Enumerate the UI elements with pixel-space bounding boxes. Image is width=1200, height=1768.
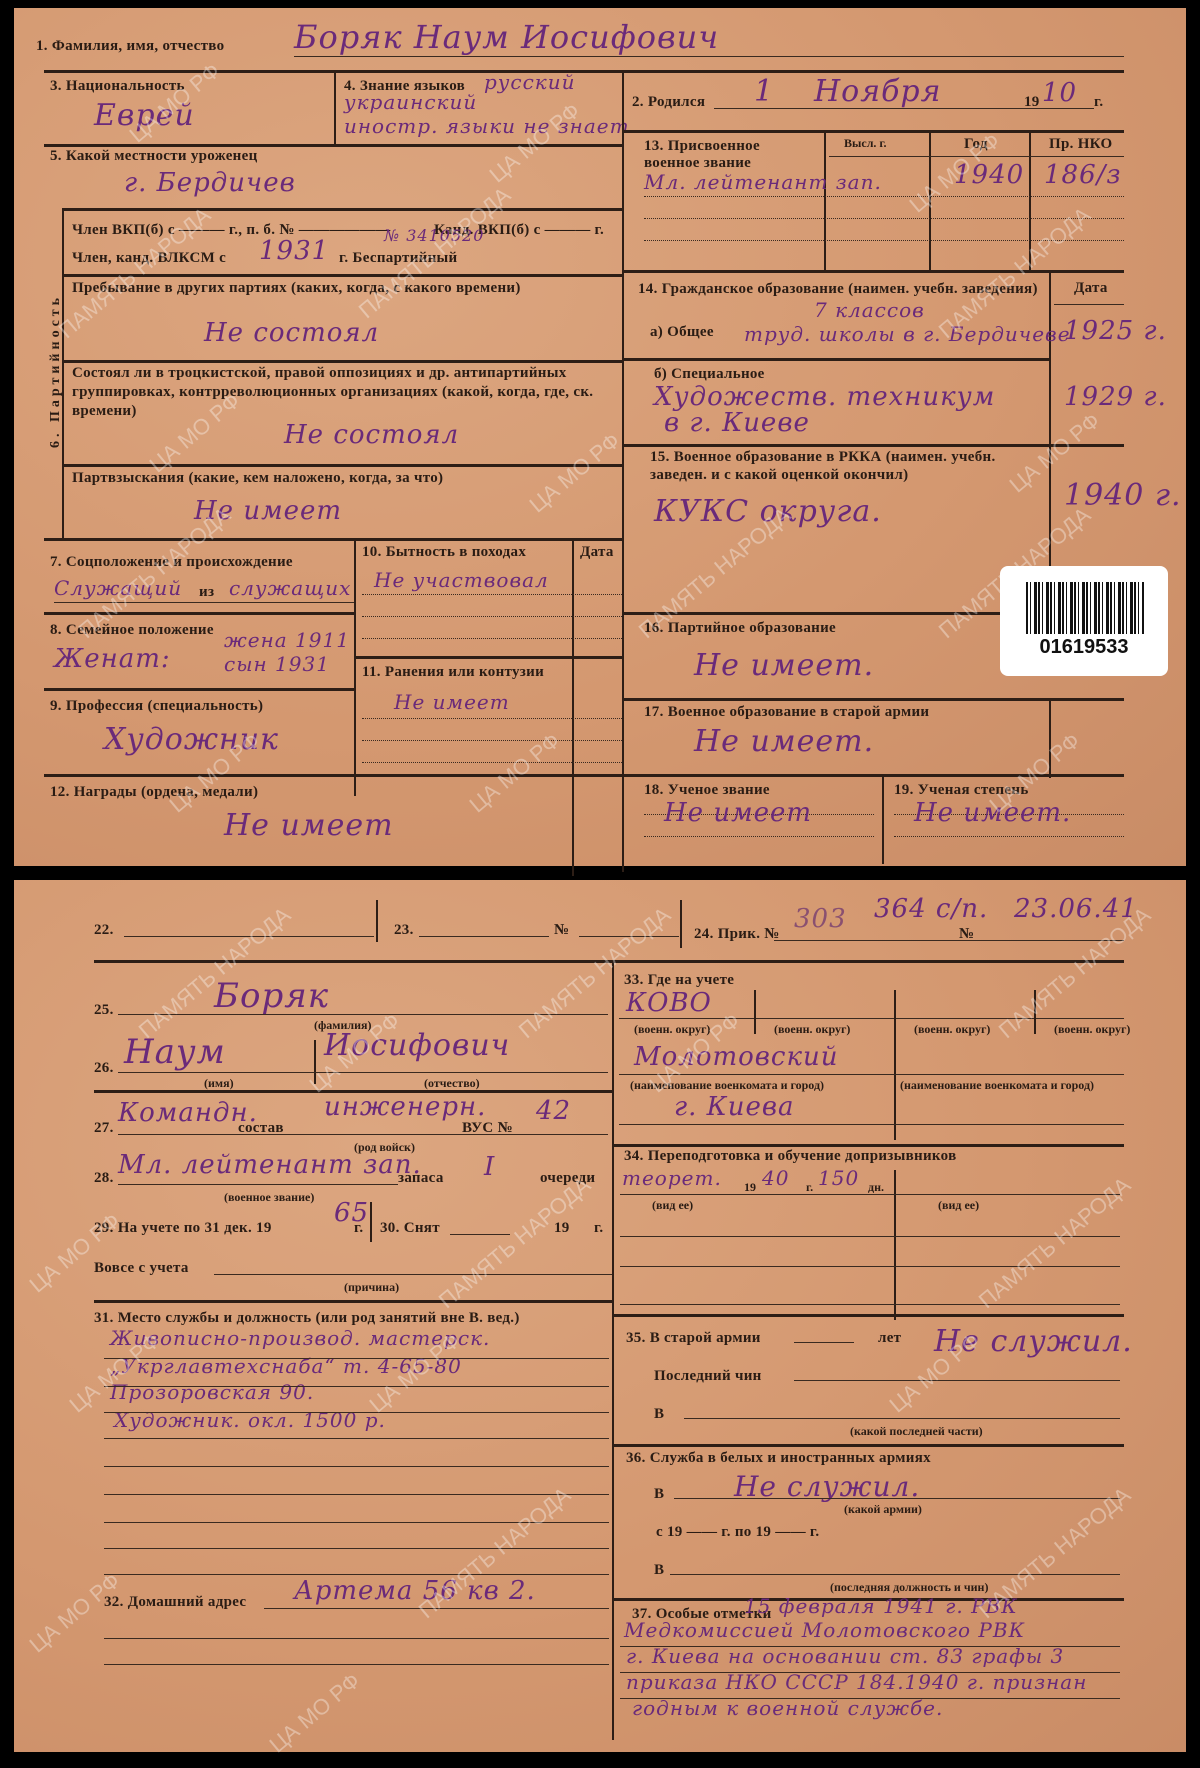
field-35-in-label: В	[654, 1406, 664, 1423]
field-8-wife: жена 1911	[224, 628, 350, 652]
field-7-value-1: Служащий	[54, 576, 182, 600]
field-29-year: 65	[334, 1198, 369, 1228]
field-31-label: 31. Место службы и должность (или род за…	[94, 1310, 520, 1327]
field-35-last-rank-label: Последний чин	[654, 1368, 762, 1385]
field-33-commissariat-caption-2: (наименование военкомата и город)	[900, 1078, 1094, 1093]
field-28-reserve: I	[484, 1152, 495, 1182]
field-25-label: 25.	[94, 1002, 114, 1019]
field-28-value: Мл. лейтенант зап.	[118, 1150, 422, 1180]
field-1-label: 1. Фамилия, имя, отчество	[36, 38, 224, 55]
field-34-year-unit: г.	[806, 1180, 813, 1195]
field-27-value: Командн.	[118, 1098, 258, 1128]
field-3-value: Еврей	[94, 98, 195, 133]
field-4-value-2: украинский	[344, 90, 477, 114]
field-11-label: 11. Ранения или контузии	[362, 664, 544, 681]
field-34-label: 34. Переподготовка и обучение допризывни…	[624, 1148, 956, 1165]
field-28-queue-label: очереди	[540, 1170, 595, 1187]
removed-caption: (причина)	[344, 1280, 399, 1295]
field-26-label: 26.	[94, 1060, 114, 1077]
birth-day: 1	[754, 74, 774, 109]
registration-card-back: 22. 23. № 24. Прик. № 303 364 с/п. 23.06…	[14, 880, 1186, 1752]
penalties-value: Не имеет	[194, 496, 342, 526]
field-16-label: 16. Партийное образование	[644, 620, 836, 637]
other-parties-value: Не состоял	[204, 318, 379, 348]
field-8-son: сын 1931	[224, 652, 330, 676]
field-30-year-prefix: 19	[554, 1220, 570, 1237]
komsomol-year: 1931	[259, 236, 329, 266]
field-33-label: 33. Где на учете	[624, 972, 734, 989]
field-27-branch: инженерн.	[324, 1092, 486, 1122]
penalties-label: Партвзыскания (какие, кем наложено, когд…	[72, 470, 443, 487]
field-37-line: Медкомиссией Молотовского РВК	[624, 1618, 1025, 1642]
field-35-years-label: лет	[878, 1330, 901, 1347]
nonparty-label: г. Беспартийный	[339, 250, 457, 267]
field-31-line: Прозоровская 90.	[110, 1380, 314, 1404]
field-13-col-year: Год	[964, 136, 988, 153]
field-24-value-1: 303	[794, 904, 847, 934]
field-15-label: 15. Военное образование в РККА (наимен. …	[650, 448, 1040, 484]
removed-label: Вовсе с учета	[94, 1260, 189, 1277]
field-33-district-caption-1: (военн. округ)	[634, 1022, 710, 1037]
field-15-value: КУКС округа.	[654, 494, 882, 529]
field-18-value: Не имеет	[664, 798, 812, 828]
field-13-col-vysl: Высл. г.	[844, 136, 887, 151]
field-35-unit-caption: (какой последней части)	[850, 1424, 983, 1439]
field-24-date: 23.06.41	[1014, 894, 1138, 924]
field-14-general-value-1: 7 классов	[814, 298, 925, 322]
komsomol-number: № 3410520	[384, 226, 484, 245]
field-10-value: Не участвовал	[374, 568, 549, 592]
field-17-value: Не имеет.	[694, 724, 874, 759]
field-33-commissariat-1: Молотовский	[634, 1042, 839, 1072]
field-14-general-label: а) Общее	[650, 324, 714, 341]
field-9-label: 9. Профессия (специальность)	[50, 698, 263, 715]
field-35-value: Не служил.	[934, 1324, 1133, 1359]
field-24-label: 24. Прик. №	[694, 926, 780, 943]
field-32-label: 32. Домашний адрес	[104, 1594, 246, 1611]
field-26-name: Наум	[124, 1032, 226, 1072]
field-8-value: Женат:	[54, 644, 171, 674]
party-member-line: Член ВКП(б) с ——— г., п. б. № ——————	[72, 222, 391, 239]
field-33-commissariat-caption-1: (наименование военкомата и город)	[630, 1078, 824, 1093]
field-26-name-caption: (имя)	[204, 1076, 234, 1091]
field-36-in-label: В	[654, 1486, 664, 1503]
field-16-value: Не имеет.	[694, 648, 874, 683]
field-7-from: из	[199, 584, 214, 601]
field-33-district-caption-4: (военн. округ)	[1054, 1022, 1130, 1037]
field-33-commissariat-2: г. Киева	[674, 1092, 795, 1122]
field-27-vus: 42	[536, 1096, 571, 1126]
field-27-label: 27.	[94, 1120, 114, 1137]
party-vertical-label: 6. Партийность	[48, 294, 64, 448]
field-14-special-label: б) Специальное	[654, 366, 765, 383]
field-37-line: г. Киева на основании ст. 83 графы 3	[626, 1644, 1064, 1668]
field-29-unit: г.	[354, 1220, 363, 1237]
field-14-date-label: Дата	[1074, 280, 1108, 297]
barcode-sticker: 01619533	[1000, 566, 1168, 676]
field-14-general-value-2: труд. школы в г. Бердичеве	[744, 322, 1071, 346]
field-7-value-2: служащих	[229, 576, 351, 600]
field-37-line: 15 февраля 1941 г. РВК	[744, 1594, 1018, 1618]
field-28-label: 28.	[94, 1170, 114, 1187]
field-25-value: Боряк	[214, 976, 329, 1016]
field-2-label: 2. Родился	[632, 94, 705, 111]
field-13-label: 13. Присвоенное военное звание	[644, 138, 814, 172]
field-12-label: 12. Награды (ордена, медали)	[50, 784, 258, 801]
field-34-year: 40	[762, 1166, 789, 1190]
registration-card-front: 1. Фамилия, имя, отчество Боряк Наум Иос…	[14, 8, 1186, 866]
field-28-reserve-label: запаса	[398, 1170, 444, 1187]
field-1-value: Боряк Наум Иосифович	[294, 18, 719, 56]
other-parties-label: Пребывание в других партиях (каких, когд…	[72, 280, 521, 297]
field-13-year: 1940	[954, 160, 1024, 190]
field-23-label: 23.	[394, 922, 414, 939]
field-5-label: 5. Какой местности уроженец	[50, 148, 258, 165]
field-36-label: 36. Служба в белых и иностранных армиях	[626, 1450, 931, 1467]
field-36-period: с 19 —— г. по 19 —— г.	[656, 1524, 819, 1541]
field-17-label: 17. Военное образование в старой армии	[644, 704, 929, 721]
field-28-caption: (военное звание)	[224, 1190, 314, 1205]
field-37-line: приказа НКО СССР 184.1940 г. признан	[626, 1670, 1087, 1694]
field-24-value-2: 364 с/п.	[874, 894, 988, 924]
field-33-district-caption-3: (военн. округ)	[914, 1022, 990, 1037]
field-19-label: 19. Ученая степень	[894, 782, 1029, 799]
field-22-label: 22.	[94, 922, 114, 939]
field-14-special-value-2: в г. Киеве	[664, 408, 810, 438]
field-11-value: Не имеет	[394, 690, 510, 714]
field-30-unit: г.	[594, 1220, 603, 1237]
field-34-kind-caption-2: (вид ее)	[938, 1198, 979, 1213]
opposition-label: Состоял ли в троцкистской, правой оппози…	[72, 364, 617, 421]
field-36-in-label-2: В	[654, 1562, 664, 1579]
field-30-label: 30. Снят	[380, 1220, 440, 1237]
field-4-value-3: иностр. языки не знает	[344, 114, 630, 138]
field-35-label: 35. В старой армии	[626, 1330, 761, 1347]
komsomol-line: Член, канд. ВЛКСМ с	[72, 250, 226, 267]
birth-year-unit: г.	[1094, 94, 1103, 111]
field-3-label: 3. Национальность	[50, 78, 185, 95]
barcode-icon	[1026, 582, 1144, 634]
field-18-label: 18. Ученое звание	[644, 782, 770, 799]
birth-month: Ноября	[814, 74, 941, 109]
field-5-value: г. Бердичев	[124, 168, 296, 198]
field-29-label: 29. На учете по 31 дек. 19	[94, 1220, 272, 1237]
field-10-date-label: Дата	[580, 544, 614, 561]
field-26-patronymic-caption: (отчество)	[424, 1076, 480, 1091]
field-32-value: Артема 56 кв 2.	[294, 1576, 536, 1606]
field-23-no: №	[554, 922, 569, 939]
field-9-value: Художник	[104, 722, 279, 757]
field-36-army-caption: (какой армии)	[844, 1502, 922, 1517]
field-34-kind: теорет.	[622, 1166, 722, 1190]
field-14-special-date: 1929 г.	[1064, 382, 1167, 412]
field-33-district-caption-2: (военн. округ)	[774, 1022, 850, 1037]
field-19-value: Не имеет.	[914, 798, 1071, 828]
opposition-value: Не состоял	[284, 420, 459, 450]
field-31-line: Живописно-производ. мастерск.	[110, 1326, 490, 1350]
field-34-year-prefix: 19	[744, 1180, 756, 1195]
field-15-date: 1940 г.	[1064, 478, 1182, 513]
field-8-label: 8. Семейное положение	[50, 622, 214, 639]
field-26-patronymic: Иосифович	[324, 1028, 510, 1063]
field-34-days-unit: дн.	[868, 1180, 884, 1195]
field-13-order: 186/з	[1044, 160, 1122, 190]
field-34-days: 150	[818, 1166, 859, 1190]
field-14-label: 14. Гражданское образование (наимен. уче…	[638, 280, 1038, 298]
field-34-kind-caption: (вид ее)	[652, 1198, 693, 1213]
field-4-value-1: русский	[484, 70, 576, 94]
field-14-general-date: 1925 г.	[1064, 316, 1167, 346]
barcode-number: 01619533	[1000, 636, 1168, 659]
field-37-line: годным к военной службе.	[632, 1696, 943, 1720]
field-13-rank: Мл. лейтенант зап.	[644, 170, 882, 194]
field-10-label: 10. Бытность в походах	[362, 544, 526, 561]
field-7-label: 7. Соцположение и происхождение	[50, 554, 293, 571]
field-12-value: Не имеет	[224, 808, 394, 843]
field-36-position-caption: (последняя должность и чин)	[830, 1580, 988, 1595]
field-13-col-order: Пр. НКО	[1049, 136, 1112, 153]
field-33-district: КОВО	[626, 988, 712, 1018]
birth-year-suffix: 10	[1042, 78, 1077, 108]
